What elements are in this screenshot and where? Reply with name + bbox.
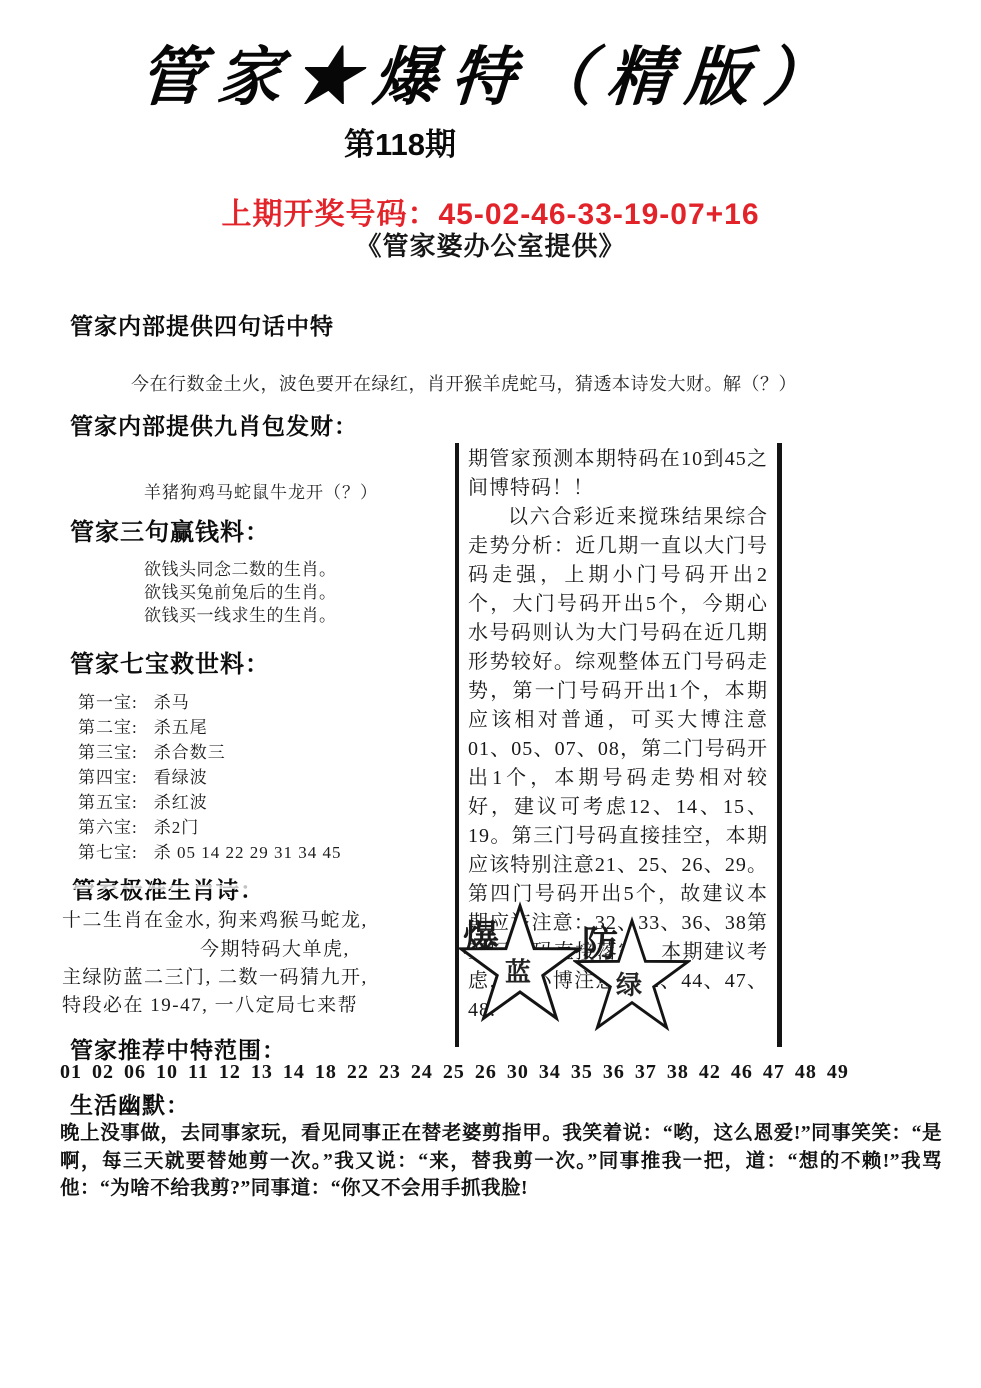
treasure-value: 杀红波 bbox=[154, 793, 208, 812]
three-sentences-line: 欲钱头同念二数的生肖。 bbox=[144, 555, 337, 580]
star-inner-blue: 蓝 bbox=[505, 952, 531, 989]
treasure-item: 第一宝:杀马 bbox=[78, 688, 190, 713]
treasure-item: 第七宝:杀 05 14 22 29 31 34 45 bbox=[78, 838, 341, 863]
treasure-label: 第二宝: bbox=[78, 718, 138, 737]
treasure-label: 第六宝: bbox=[78, 818, 138, 837]
treasure-label: 第四宝: bbox=[78, 768, 138, 787]
treasure-value: 杀马 bbox=[154, 693, 190, 712]
three-sentences-line: 欲钱买一线求生的生肖。 bbox=[144, 601, 337, 626]
zodiac-poem-line: 今期特码大单虎, bbox=[200, 934, 350, 961]
section-header-four-sentences: 管家内部提供四句话中特 bbox=[70, 308, 334, 341]
treasure-value: 杀合数三 bbox=[154, 743, 226, 762]
treasure-value: 看绿波 bbox=[154, 768, 208, 787]
star-inner-green: 绿 bbox=[616, 965, 642, 1002]
provider-line: 《管家婆办公室提供》 bbox=[0, 226, 981, 263]
treasure-label: 第七宝: bbox=[78, 843, 138, 862]
section-header-humor: 生活幽默： bbox=[70, 1087, 190, 1120]
treasure-label: 第五宝: bbox=[78, 793, 138, 812]
print-artifact-stripe bbox=[68, 885, 268, 889]
zodiac-poem-line: 主绿防蓝二三门, 二数一码猜九开, bbox=[62, 962, 368, 989]
masthead-title: 管家★爆特（精版） bbox=[0, 26, 981, 118]
nine-xiao-line: 羊猪狗鸡马蛇鼠牛龙开（？） bbox=[144, 478, 378, 503]
lottery-tip-sheet: { "page": { "title": "管家★爆特（精版）", "issue… bbox=[0, 0, 981, 1388]
treasure-item: 第六宝:杀2门 bbox=[78, 813, 199, 838]
treasure-item: 第三宝:杀合数三 bbox=[78, 738, 226, 763]
recommend-numbers: 01 02 06 10 11 12 13 14 18 22 23 24 25 2… bbox=[60, 1061, 849, 1084]
treasure-value: 杀五尾 bbox=[154, 718, 208, 737]
three-sentences-line: 欲钱买兔前兔后的生肖。 bbox=[144, 578, 337, 603]
four-sentences-poem: 今在行数金土火，波色要开在绿红，肖开猴羊虎蛇马，猜透本诗发大财。解（？） bbox=[131, 370, 797, 396]
treasure-value: 杀 05 14 22 29 31 34 45 bbox=[154, 843, 342, 862]
treasure-label: 第三宝: bbox=[78, 743, 138, 762]
prediction-intro: 期管家预测本期特码在10到45之间博特码！！ bbox=[468, 445, 768, 503]
treasure-item: 第二宝:杀五尾 bbox=[78, 713, 208, 738]
zodiac-poem-line: 十二生肖在金水, 狗来鸡猴马蛇龙, bbox=[62, 905, 368, 932]
treasure-value: 杀2门 bbox=[154, 818, 200, 837]
issue-number: 第118期 bbox=[300, 119, 500, 164]
section-header-three-sentences: 管家三句赢钱料： bbox=[70, 512, 270, 547]
section-header-seven-treasures: 管家七宝救世料： bbox=[70, 644, 270, 679]
humor-text: 晚上没事做，去同事家玩，看见同事正在替老婆剪指甲。我笑着说：“哟，这么恩爱!”同… bbox=[60, 1120, 942, 1203]
treasure-item: 第五宝:杀红波 bbox=[78, 788, 208, 813]
treasure-label: 第一宝: bbox=[78, 693, 138, 712]
treasure-item: 第四宝:看绿波 bbox=[78, 763, 208, 788]
section-header-nine-xiao: 管家内部提供九肖包发财： bbox=[70, 408, 358, 441]
zodiac-poem-line: 特段必在 19-47, 一八定局七来帮 bbox=[62, 990, 358, 1017]
